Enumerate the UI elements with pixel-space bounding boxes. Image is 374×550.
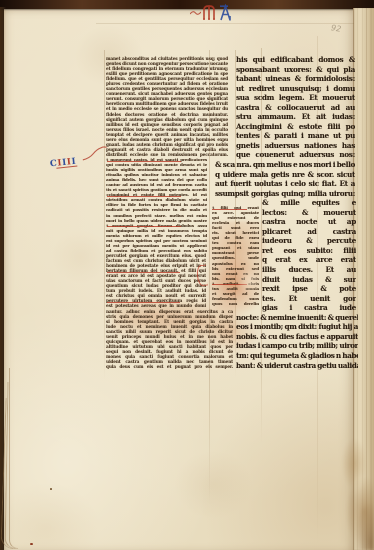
bible-text-line: castra nocte ut ap xyxy=(262,217,356,227)
bible-text-line: ssumpsit gorgias quinq; milia uiroru: xyxy=(215,189,355,199)
bible-text-line: que couenerut aduersus nos: xyxy=(236,150,355,160)
pencil-folio-number: 92 xyxy=(330,23,341,33)
bible-text-line: lectos: & mouerut xyxy=(262,208,356,218)
bible-text-line: & sca nra. qm melius e nos mori i bello xyxy=(215,160,355,170)
bible-text-line: nobis. & cu dies factus e apparuit xyxy=(236,332,358,342)
gloss-column-paragraphs: Et mouerunt castra. id est sancti predic… xyxy=(106,157,207,253)
bible-text-column: his qui edificabant domos &sponsabant ux… xyxy=(215,55,358,370)
brown-speck xyxy=(50,488,52,490)
bible-text-line: plicaret ad castra xyxy=(262,227,356,237)
bible-text-line: tentes & parati i mane ut pu xyxy=(236,131,355,141)
bible-text-line: sponsabant uxores: & qui pla xyxy=(236,65,355,75)
uncial-m-glyph xyxy=(202,5,216,20)
bible-text-line: tabant uineas & formidolosis: xyxy=(236,74,355,84)
bible-text-line: tm: qui tegumeta & gladios n habe xyxy=(236,351,358,361)
red-ink-speck xyxy=(30,543,33,545)
bible-text-line: aut fuerit uolutas i celo sic fiat. Et a xyxy=(215,179,355,189)
uncial-a-glyph xyxy=(219,4,232,21)
bible-text-line: iudeoru & percute xyxy=(262,236,356,246)
bible-text-line: eos i montib; qm dixit: fugiut hij a xyxy=(236,322,358,332)
chapter-numeral-glyph: I xyxy=(71,157,77,167)
under-page-edge xyxy=(9,368,18,549)
bible-text-line: rexit ipse & pote xyxy=(262,284,356,294)
running-title xyxy=(190,2,252,24)
bible-text-line: bant: & uiderut castra getiu ualida xyxy=(236,361,358,371)
bible-text-line: Accingimini & estote filii po xyxy=(236,122,355,132)
bible-text-line: diuit iudas & sur xyxy=(262,275,356,285)
bible-text-line: & mille equites e xyxy=(262,198,356,208)
stain-light-crescent xyxy=(234,263,262,299)
bible-text-line: ut rediret unusquisq; i domu xyxy=(236,84,355,94)
bible-text-line: illis duces. Et au xyxy=(262,265,356,275)
bible-text-line: his qui edificabant domos & xyxy=(236,55,355,65)
bible-text-line: ret eos subito: filii xyxy=(262,246,356,256)
bible-text-line: q uidere mala getis nre & scor. sicut xyxy=(215,170,355,180)
worn-page-corner xyxy=(330,430,374,550)
gloss-column-upper: manet absconditus ad ciuitates perdition… xyxy=(106,56,228,157)
bible-text-line: sua scdm legem. Et mouerut xyxy=(236,93,355,103)
bible-text-line: castra & collocauerut ad au xyxy=(236,103,355,113)
manuscript-photo: { "page": { "header": { "running_title":… xyxy=(0,0,374,550)
bible-text-line: stru ammaum. Et ait iudas: xyxy=(236,112,355,122)
bible-text-line: iudas i campo cu trib; milib; uiror xyxy=(236,341,358,351)
bible-text-line: gias i castra iude xyxy=(262,303,356,313)
book-spine-edge xyxy=(0,0,374,9)
gloss-text-line: quia deus cum eis est et pugnat pro eis … xyxy=(106,364,233,369)
red-swash-flourish-icon xyxy=(81,145,108,162)
bible-text-line: gnetis aduersus nationes has xyxy=(236,141,355,151)
red-flourish-icon xyxy=(190,9,201,16)
bible-text-line: tes. Et uenit gor xyxy=(262,294,356,304)
bible-text-line: nocte: & nemine inuenit: & querebat xyxy=(236,313,358,323)
bible-text-line: q erat ex arce erat xyxy=(262,255,356,265)
